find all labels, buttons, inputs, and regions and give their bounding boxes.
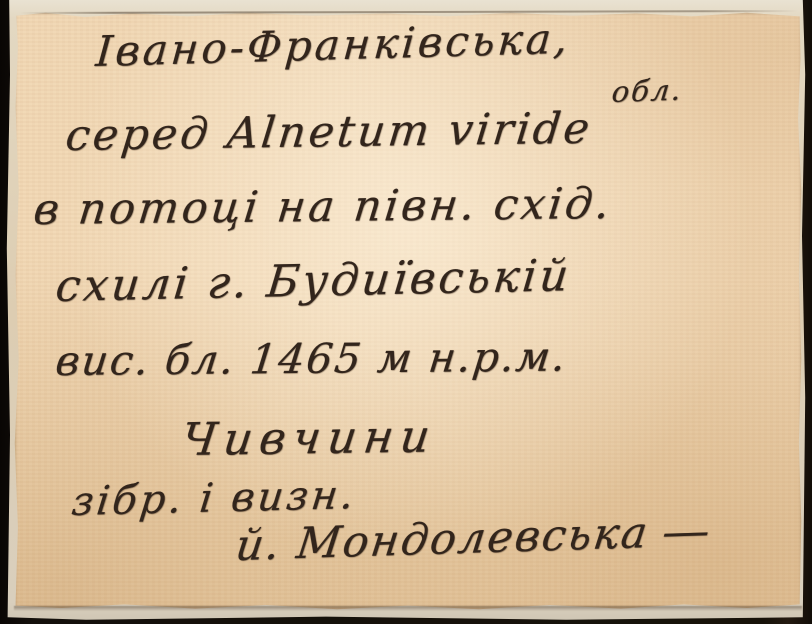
- handwriting-line-slope: схилі г. Будиївській: [53, 250, 573, 312]
- handwriting-line-altitude: вис. бл. 1465 м н.р.м.: [53, 333, 570, 386]
- handwriting-line-region: Івано-Франківська,: [94, 14, 572, 76]
- handwriting-line-stream: в потоці на півн. схід.: [31, 179, 615, 235]
- paper-bottom-torn-shadow: [14, 606, 802, 611]
- handwriting-line-oblast: обл.: [610, 72, 684, 109]
- handwriting-line-mountains: Чивчини: [179, 409, 440, 466]
- handwritten-note-card: Івано-Франківська, обл. серед Alnetum vi…: [14, 11, 802, 611]
- handwriting-line-collector: зібр. і визн.: [69, 472, 359, 525]
- handwriting-line-habitat: серед Alnetum viride: [63, 104, 595, 161]
